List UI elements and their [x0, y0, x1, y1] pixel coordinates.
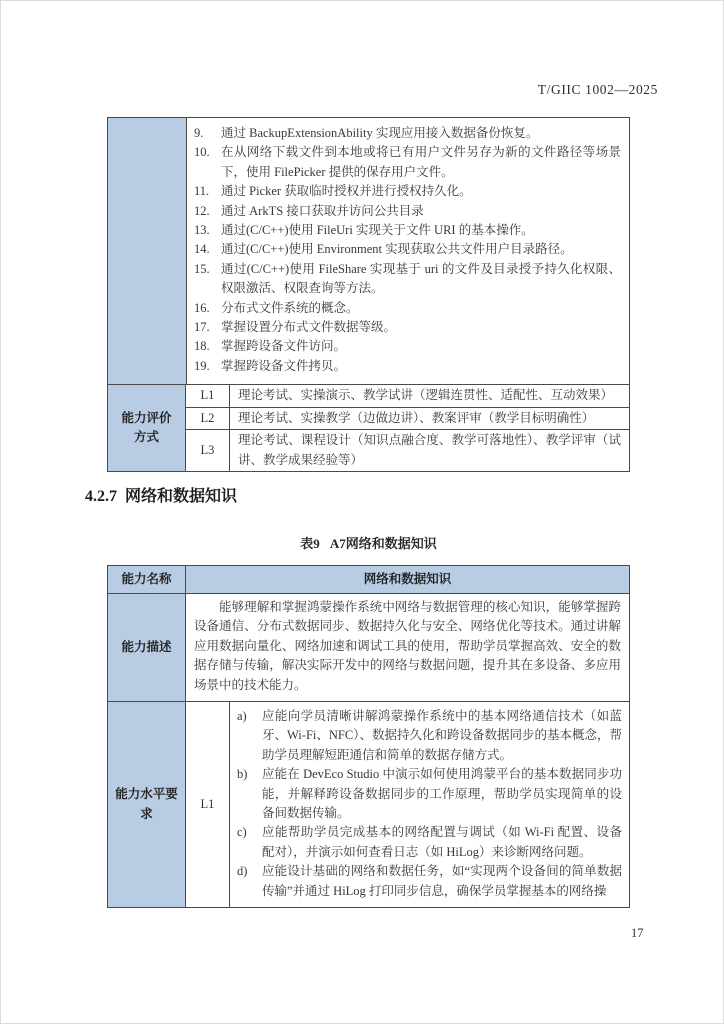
item-number: 12.: [194, 202, 221, 221]
item-text: 分布式文件系统的概念。: [221, 299, 621, 318]
item-text: 通过(C/C++)使用 FileShare 实现基于 uri 的文件及目录授予持…: [221, 260, 621, 299]
capability-level-label: 能力水平要求: [108, 702, 186, 907]
capability-name-value: 网络和数据知识: [186, 566, 629, 593]
item-text: 应能在 DevEco Studio 中演示如何使用鸿蒙平台的基本数据同步功能，并…: [262, 765, 622, 823]
list-item: 10.在从网络下载文件到本地或将已有用户文件另存为新的文件路径等场景下，使用 F…: [194, 143, 621, 182]
list-item: a)应能向学员清晰讲解鸿蒙操作系统中的基本网络通信技术（如蓝牙、Wi-Fi、NF…: [237, 707, 622, 765]
evaluation-row-l1: L1 理论考试、实操演示、教学试讲（逻辑连贯性、适配性、互动效果）: [186, 385, 629, 406]
list-item: 14.通过(C/C++)使用 Environment 实现获取公共文件用户目录路…: [194, 240, 621, 259]
item-number: 15.: [194, 260, 221, 299]
knowledge-items-list: 9.通过 BackupExtensionAbility 实现应用接入数据备份恢复…: [187, 118, 629, 384]
level-requirement-list: a)应能向学员清晰讲解鸿蒙操作系统中的基本网络通信技术（如蓝牙、Wi-Fi、NF…: [230, 702, 629, 907]
list-item: d)应能设计基础的网络和数据任务，如“实现两个设备间的简单数据传输”并通过 Hi…: [237, 862, 622, 901]
list-item: 17.掌握设置分布式文件数据等级。: [194, 318, 621, 337]
table9-caption: 表9A7网络和数据知识: [107, 533, 630, 552]
item-letter: d): [237, 862, 262, 901]
section-title: 网络和数据知识: [125, 488, 237, 505]
list-item: c)应能帮助学员完成基本的网络配置与调试（如 Wi-Fi 配置、设备配对），并演…: [237, 823, 622, 862]
list-item: 16.分布式文件系统的概念。: [194, 299, 621, 318]
evaluation-l3-text: 理论考试、课程设计（知识点融合度、教学可落地性）、教学评审（试讲、教学成果经验等…: [230, 430, 629, 471]
item-number: 18.: [194, 337, 221, 356]
item-text: 通过 ArkTS 接口获取并访问公共目录: [221, 202, 621, 221]
level-l1-cell: L1: [186, 702, 230, 907]
list-item: 18.掌握跨设备文件访问。: [194, 337, 621, 356]
capability-description-row: 能力描述 能够理解和掌握鸿蒙操作系统中网络与数据管理的核心知识，能够掌握跨设备通…: [108, 593, 629, 701]
level-l3-cell: L3: [186, 430, 230, 471]
section-heading: 4.2.7网络和数据知识: [85, 483, 237, 506]
list-item: 13.通过(C/C++)使用 FileUri 实现关于文件 URI 的基本操作。: [194, 221, 621, 240]
item-text: 应能向学员清晰讲解鸿蒙操作系统中的基本网络通信技术（如蓝牙、Wi-Fi、NFC）…: [262, 707, 622, 765]
knowledge-items-label-cell-blank: [108, 118, 187, 384]
item-text: 通过 BackupExtensionAbility 实现应用接入数据备份恢复。: [221, 124, 621, 143]
item-letter: b): [237, 765, 262, 823]
item-text: 应能设计基础的网络和数据任务，如“实现两个设备间的简单数据传输”并通过 HiLo…: [262, 862, 622, 901]
capability-description-text: 能够理解和掌握鸿蒙操作系统中网络与数据管理的核心知识，能够掌握跨设备通信、分布式…: [186, 594, 629, 701]
capability-description-label: 能力描述: [108, 594, 186, 701]
list-item: b)应能在 DevEco Studio 中演示如何使用鸿蒙平台的基本数据同步功能…: [237, 765, 622, 823]
capability-table-continued: 9.通过 BackupExtensionAbility 实现应用接入数据备份恢复…: [107, 117, 630, 472]
list-item: 9.通过 BackupExtensionAbility 实现应用接入数据备份恢复…: [194, 124, 621, 143]
item-number: 13.: [194, 221, 221, 240]
item-number: 9.: [194, 124, 221, 143]
item-letter: a): [237, 707, 262, 765]
evaluation-method-row: 能力评价方式 L1 理论考试、实操演示、教学试讲（逻辑连贯性、适配性、互动效果）…: [108, 384, 629, 471]
level-l2-cell: L2: [186, 408, 230, 429]
evaluation-row-l2: L2 理论考试、实操教学（边做边讲）、教案评审（教学目标明确性）: [186, 407, 629, 429]
running-header-doc-code: T/GIIC 1002—2025: [538, 82, 658, 98]
section-number: 4.2.7: [85, 488, 117, 505]
page-number: 17: [631, 926, 644, 941]
list-item: 12.通过 ArkTS 接口获取并访问公共目录: [194, 202, 621, 221]
item-text: 通过(C/C++)使用 FileUri 实现关于文件 URI 的基本操作。: [221, 221, 621, 240]
item-number: 14.: [194, 240, 221, 259]
level-l1-cell: L1: [186, 385, 230, 406]
item-text: 在从网络下载文件到本地或将已有用户文件另存为新的文件路径等场景下，使用 File…: [221, 143, 621, 182]
table9: 能力名称 网络和数据知识 能力描述 能够理解和掌握鸿蒙操作系统中网络与数据管理的…: [107, 565, 630, 908]
list-item: 19.掌握跨设备文件拷贝。: [194, 357, 621, 376]
evaluation-l1-text: 理论考试、实操演示、教学试讲（逻辑连贯性、适配性、互动效果）: [230, 385, 629, 406]
description-paragraph: 能够理解和掌握鸿蒙操作系统中网络与数据管理的核心知识，能够掌握跨设备通信、分布式…: [194, 598, 621, 695]
knowledge-items-row: 9.通过 BackupExtensionAbility 实现应用接入数据备份恢复…: [108, 118, 629, 384]
item-letter: c): [237, 823, 262, 862]
item-number: 11.: [194, 182, 221, 201]
list-item: 15.通过(C/C++)使用 FileShare 实现基于 uri 的文件及目录…: [194, 260, 621, 299]
table9-caption-title: A7网络和数据知识: [330, 536, 437, 551]
item-number: 19.: [194, 357, 221, 376]
item-text: 应能帮助学员完成基本的网络配置与调试（如 Wi-Fi 配置、设备配对），并演示如…: [262, 823, 622, 862]
capability-name-label: 能力名称: [108, 566, 186, 593]
item-text: 通过(C/C++)使用 Environment 实现获取公共文件用户目录路径。: [221, 240, 621, 259]
item-number: 10.: [194, 143, 221, 182]
item-text: 掌握设置分布式文件数据等级。: [221, 318, 621, 337]
evaluation-row-l3: L3 理论考试、课程设计（知识点融合度、教学可落地性）、教学评审（试讲、教学成果…: [186, 429, 629, 471]
item-text: 掌握跨设备文件拷贝。: [221, 357, 621, 376]
evaluation-method-label: 能力评价方式: [108, 385, 186, 471]
item-number: 17.: [194, 318, 221, 337]
item-text: 掌握跨设备文件访问。: [221, 337, 621, 356]
item-number: 16.: [194, 299, 221, 318]
document-page: T/GIIC 1002—2025 9.通过 BackupExtensionAbi…: [0, 0, 724, 1024]
item-text: 通过 Picker 获取临时授权并进行授权持久化。: [221, 182, 621, 201]
table9-caption-label: 表9: [300, 536, 320, 551]
evaluation-l2-text: 理论考试、实操教学（边做边讲）、教案评审（教学目标明确性）: [230, 408, 629, 429]
evaluation-rows: L1 理论考试、实操演示、教学试讲（逻辑连贯性、适配性、互动效果） L2 理论考…: [186, 385, 629, 471]
list-item: 11.通过 Picker 获取临时授权并进行授权持久化。: [194, 182, 621, 201]
table9-header-row: 能力名称 网络和数据知识: [108, 566, 629, 593]
capability-level-row: 能力水平要求 L1 a)应能向学员清晰讲解鸿蒙操作系统中的基本网络通信技术（如蓝…: [108, 701, 629, 907]
